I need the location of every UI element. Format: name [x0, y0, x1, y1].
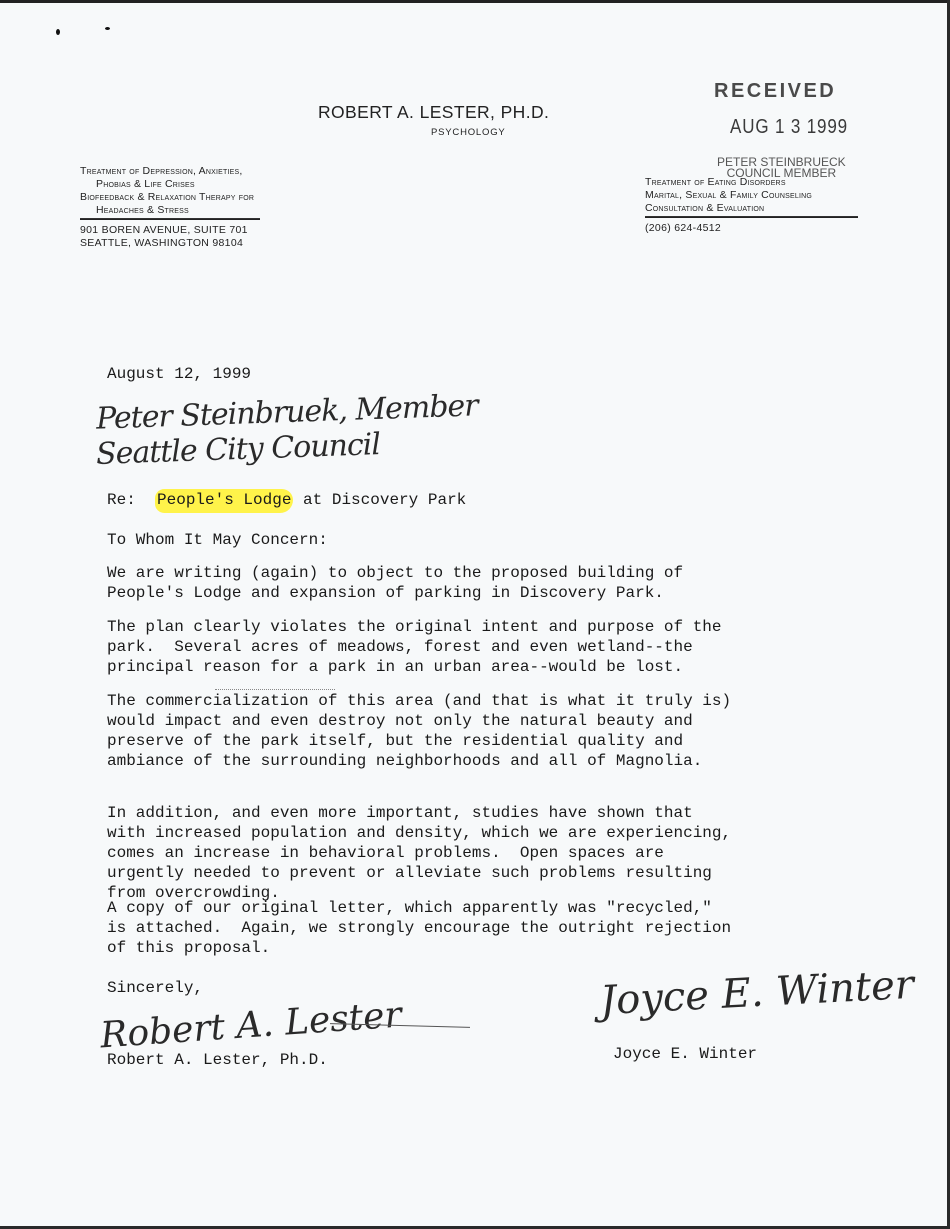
paragraph: The commercialization of this area (and … [107, 691, 731, 771]
stamp-label: RECEIVED [714, 80, 836, 103]
salutation: To Whom It May Concern: [107, 530, 328, 550]
typed-name-robert-lester: Robert A. Lester, Ph.D. [107, 1050, 328, 1070]
service-line: Marital, Sexual & Family Counseling [645, 189, 812, 202]
divider-right [645, 216, 858, 218]
service-line: Biofeedback & Relaxation Therapy for [80, 191, 254, 204]
signature-robert-lester: Robert A. Lester [99, 995, 403, 1057]
signature-joyce-winter: Joyce E. Winter [599, 962, 915, 1024]
subject-label: Re: [107, 491, 155, 509]
address-line2: SEATTLE, WASHINGTON 98104 [80, 237, 248, 250]
services-left: Treatment of Depression, Anxieties, Phob… [80, 165, 254, 217]
service-line: Treatment of Depression, Anxieties, [80, 165, 254, 178]
address-line1: 901 BOREN AVENUE, SUITE 701 [80, 224, 248, 237]
divider-left [80, 218, 260, 220]
scan-speck [56, 29, 60, 35]
paragraph: A copy of our original letter, which app… [107, 898, 731, 958]
stamp-date: AUG 1 3 1999 [730, 116, 848, 139]
service-line: Phobias & Life Crises [80, 178, 254, 191]
scan-speck [105, 27, 110, 30]
stamp-recipient: PETER STEINBRUECK COUNCIL MEMBER [717, 157, 846, 179]
letter-date: August 12, 1999 [107, 364, 251, 384]
paragraph: In addition, and even more important, st… [107, 803, 731, 903]
service-line: Consultation & Evaluation [645, 202, 812, 215]
paragraph: We are writing (again) to object to the … [107, 563, 683, 603]
service-line: Headaches & Stress [80, 204, 254, 217]
subject-rest: at Discovery Park [293, 491, 466, 509]
closing: Sincerely, [107, 978, 203, 998]
scan-top-edge [0, 0, 950, 3]
highlighted-text: People's Lodge [155, 489, 293, 513]
typed-name-joyce-winter: Joyce E. Winter [613, 1044, 757, 1064]
paragraph: The plan clearly violates the original i… [107, 617, 722, 677]
subject-line: Re: People's Lodge at Discovery Park [107, 490, 466, 510]
address: 901 BOREN AVENUE, SUITE 701 SEATTLE, WAS… [80, 224, 248, 250]
phone-number: (206) 624-4512 [645, 222, 721, 234]
letterhead-name: ROBERT A. LESTER, PH.D. [318, 102, 549, 123]
stamp-recipient-title: COUNCIL MEMBER [717, 168, 846, 179]
services-right: Treatment of Eating Disorders Marital, S… [645, 176, 812, 215]
letterhead-subtitle: PSYCHOLOGY [431, 127, 506, 138]
